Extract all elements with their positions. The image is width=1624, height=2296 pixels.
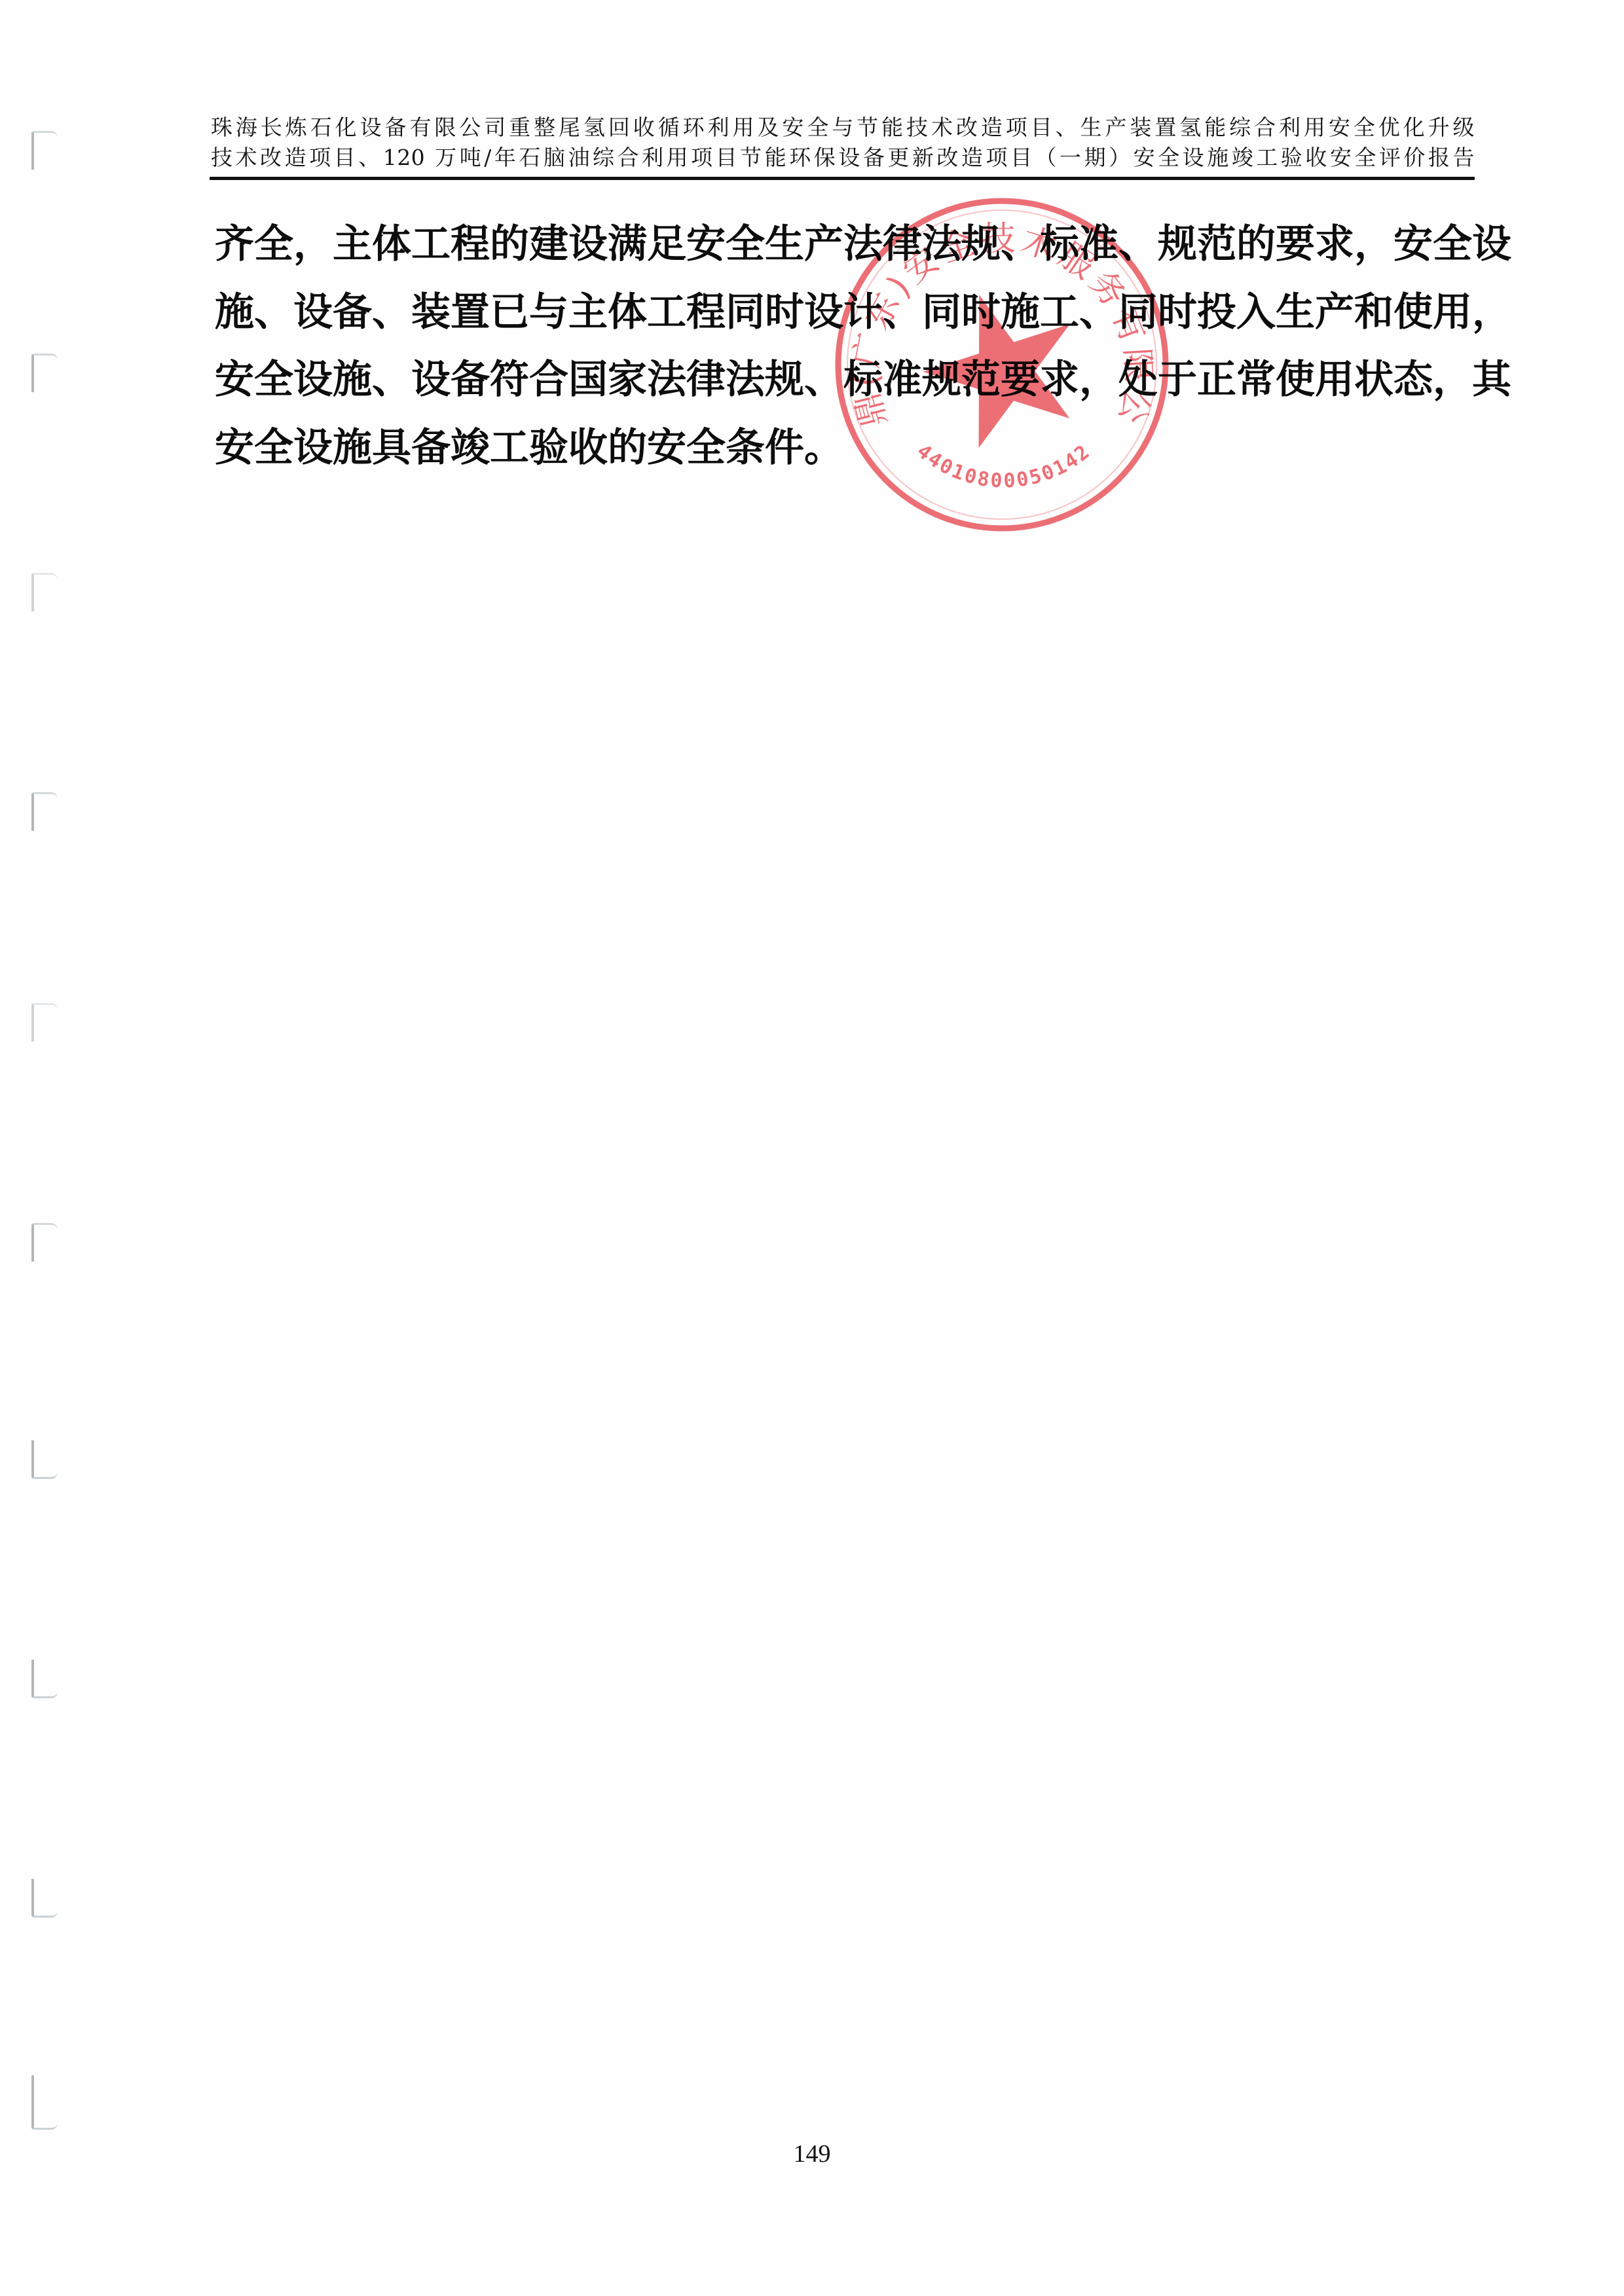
binding-hole-mark [31,1879,58,1918]
body-paragraph: 齐全，主体工程的建设满足安全生产法律法规、标准、规范的要求，安全设 施、设备、装… [215,211,1473,482]
body-line-4: 安全设施具备竣工验收的安全条件。 [215,414,1473,483]
binding-hole-mark [31,1003,58,1042]
body-line-2: 施、设备、装置已与主体工程同时设计、同时施工、同时投入生产和使用， [215,279,1473,347]
binding-hole-mark [31,354,58,392]
binding-hole-mark [31,573,58,611]
binding-hole-mark [31,1223,58,1262]
document-page: 珠海长炼石化设备有限公司重整尾氢回收循环利用及安全与节能技术改造项目、生产装置氢… [0,0,1624,2296]
header-line-2: 技术改造项目、120 万吨/年石脑油综合利用项目节能环保设备更新改造项目（一期）… [211,143,1475,173]
running-header: 珠海长炼石化设备有限公司重整尾氢回收循环利用及安全与节能技术改造项目、生产装置氢… [211,113,1475,173]
binding-hole-mark [31,1440,58,1479]
page-number: 149 [0,2140,1624,2168]
header-line-1: 珠海长炼石化设备有限公司重整尾氢回收循环利用及安全与节能技术改造项目、生产装置氢… [211,113,1475,143]
binding-hole-mark [31,1660,58,1698]
header-divider [210,177,1475,180]
binding-hole-mark [31,792,58,831]
body-line-3: 安全设施、设备符合国家法律法规、标准规范要求，处于正常使用状态，其 [215,346,1473,414]
body-line-1: 齐全，主体工程的建设满足安全生产法律法规、标准、规范的要求，安全设 [215,211,1473,279]
binding-hole-mark [31,131,58,170]
binding-hole-mark [31,2075,58,2130]
